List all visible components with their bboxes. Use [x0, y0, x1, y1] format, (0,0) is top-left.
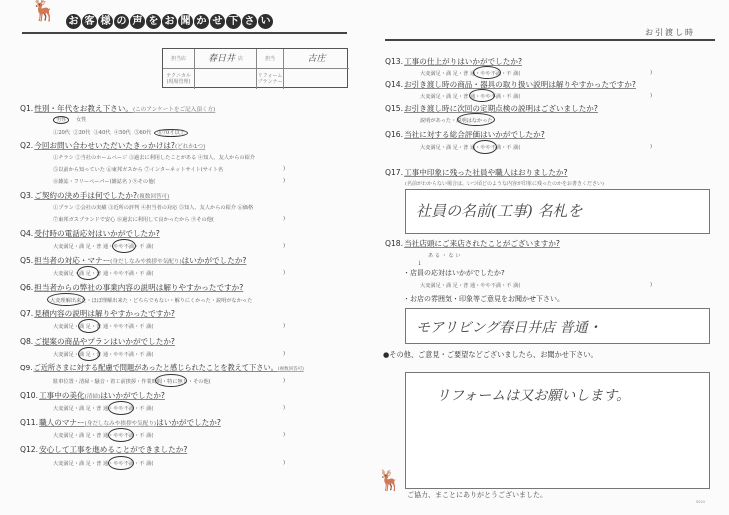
- question-number: Q8.: [20, 337, 33, 346]
- question-text: お引き渡し時に次回の定期点検の説明はございましたか?: [404, 104, 598, 113]
- q2-options-line3[interactable]: ⑧雑誌・フリーペーパー(雑誌名 ) ⑨その他(): [53, 178, 303, 185]
- question-q16: Q16.当社に対する総合評価はいかがでしたか?: [385, 129, 545, 140]
- question-text: 工事の仕上がりはいかがでしたか?: [404, 57, 522, 66]
- question-note: (複数回答可): [278, 367, 304, 372]
- question-number: Q10.: [20, 391, 38, 400]
- arrow-down-icon: ↓: [417, 260, 422, 267]
- answer-circle-mark: [78, 347, 100, 361]
- q18-answer-box[interactable]: モアリビング春日井店 普通・: [405, 308, 710, 344]
- question-number: Q18.: [385, 239, 403, 248]
- option-age-selected[interactable]: ⑥70才以上: [154, 129, 187, 137]
- answer-circle-mark: [108, 401, 134, 415]
- q18-staff-scale[interactable]: 大変満足・満 足・普 通・やや不満・不 満(): [420, 282, 670, 289]
- close-paren: ): [283, 243, 285, 249]
- staff-value[interactable]: 古庄: [284, 49, 349, 69]
- question-q13: Q13.工事の仕上がりはいかがでしたか?: [385, 56, 522, 67]
- question-q2: Q2.今回お問い合わせいただいたきっかけは?(どれか1つ): [20, 140, 205, 151]
- answer-circle-mark: [47, 293, 85, 306]
- answer-circle-mark: [457, 113, 495, 126]
- close-paren: ): [283, 178, 285, 184]
- question-note: (身だしなみや挨拶や気配り): [110, 259, 182, 265]
- other-comments-box[interactable]: リフォームは又お願いします。: [405, 372, 710, 489]
- question-q12: Q12.安心して工事を進めることができましたか?: [20, 444, 187, 455]
- close-paren: ): [650, 93, 652, 99]
- close-paren: ): [283, 460, 285, 466]
- question-text: 受付時の電話応対はいかがでしたか?: [34, 229, 160, 238]
- other-comments-label: ●その他、ご意見・ご要望などございましたら、お聞かせ下さい。: [383, 350, 598, 360]
- q3-options-line2[interactable]: ⑦東邦ガスブランドで安心 ⑧過去に利用して良かったから ⑨その他(): [53, 216, 303, 223]
- q4-scale[interactable]: 大変満足・満 足・普 通・やや不満・不 満(): [53, 243, 303, 250]
- question-note: (身だしなみや挨拶や気配り): [85, 421, 157, 427]
- close-paren: ): [283, 351, 285, 357]
- thank-you-message: ご協力、まことにありがとうございました。: [407, 490, 547, 500]
- question-text: 工事中印象に残った社員や職人はおりましたか?: [404, 168, 568, 177]
- question-note: (複数回答可): [137, 194, 169, 200]
- q10-scale[interactable]: 大変満足・満 足・普 通・やや不満・不 満(): [53, 405, 303, 412]
- technical-value[interactable]: [195, 69, 257, 89]
- other-comments-handwritten: リフォームは又お願いします。: [436, 385, 630, 405]
- right-page: お引渡し時 Q13.工事の仕上がりはいかがでしたか? 大変満足・満 足・普 通・…: [365, 0, 729, 515]
- title-char: 下: [226, 14, 241, 29]
- answer-circle-mark: [473, 140, 497, 154]
- close-paren: ): [283, 216, 285, 222]
- question-text: 職人のマナー: [39, 418, 85, 427]
- title-char: お: [162, 14, 177, 29]
- answer-circle-mark: [473, 66, 501, 79]
- question-number: Q4.: [20, 229, 33, 238]
- q1-age-options: ①20代 ②30代 ③40代 ④50代 ⑤60代 ⑥70才以上: [53, 129, 188, 136]
- scale-text: 大変満足・満 足・普 通・やや不満・不 満(: [53, 352, 153, 358]
- question-q4: Q4.受付時の電話応対はいかがでしたか?: [20, 228, 160, 239]
- planner-value[interactable]: [284, 69, 349, 89]
- close-paren: ): [283, 166, 285, 172]
- question-number: Q11.: [20, 418, 38, 427]
- question-text: 担当者からの弊社の事業内容の説明は解りやすかったですか?: [34, 283, 243, 292]
- scale-text: 大変満足・満 足・普 通・やや不満・不 満(: [53, 433, 153, 439]
- section-label: お引渡し時: [645, 27, 695, 38]
- question-text: はいかがでしたか?: [100, 391, 165, 400]
- q2-options-text: ⑤以前から知っていた ⑥東邦ガスから ⑦インターネットサイト(サイト名: [53, 167, 223, 173]
- q3-options-text: ⑦東邦ガスブランドで安心 ⑧過去に利用して良かったから ⑨その他(: [53, 217, 214, 223]
- title-char: か: [194, 14, 209, 29]
- answer-circle-mark: [155, 374, 187, 387]
- answer-circle-mark: [108, 428, 134, 442]
- scale-text: 大変満足・満 足・普 通・やや不満・不 満(: [53, 406, 153, 412]
- question-q10: Q10.工事中の美化(清掃)はいかがでしたか?: [20, 390, 165, 401]
- question-text: 安心して工事を進めることができましたか?: [39, 445, 187, 454]
- question-text: 担当者の対応・マナー: [34, 256, 110, 265]
- answer-circle-mark: [77, 266, 99, 280]
- question-text: 今回お問い合わせいただいたきっかけは?: [34, 141, 175, 150]
- q18-sub-question-staff: ・店員の応対はいかがでしたか?: [403, 268, 505, 278]
- scale-text: 大変満足・満 足・普 通・やや不満・不 満(: [53, 244, 153, 250]
- close-paren: ): [650, 70, 652, 76]
- deer-logo-icon: 🦌: [30, 0, 57, 23]
- question-note: (どれか1つ): [175, 144, 205, 150]
- title-char: お: [66, 14, 81, 29]
- title-char: 聞: [178, 14, 193, 29]
- question-number: Q3.: [20, 191, 33, 200]
- question-number: Q7.: [20, 309, 33, 318]
- q3-options-line1[interactable]: ①プラン ②会社の実績 ③近所の評判 ④担当者の対応 ⑤知人、友人からの紹介 ⑥…: [53, 204, 253, 211]
- title-char: を: [146, 14, 161, 29]
- scale-text: 大変満足・満 足・普 通・やや不満・不 満(: [53, 271, 153, 277]
- title-char: さ: [242, 14, 257, 29]
- option-male-selected[interactable]: 男性: [53, 116, 69, 124]
- store-value[interactable]: 春日井 店: [195, 49, 257, 69]
- scale-text: 大変満足・満 足・普 通・やや不満・不 満(: [53, 461, 153, 467]
- store-value-text: 春日井: [208, 56, 235, 62]
- title-char: 様: [98, 14, 113, 29]
- close-paren: ): [283, 378, 285, 384]
- q11-scale[interactable]: 大変満足・満 足・普 通・やや不満・不 満(): [53, 432, 303, 439]
- technical-label: テクニカル (現場管理): [163, 69, 195, 89]
- q13-scale[interactable]: 大変満足・満 足・普 通・やや不満・不 満(): [420, 70, 670, 77]
- title-char: せ: [210, 14, 225, 29]
- q17-instructions: (名前がわからない場合は、いつ頃どのような内容が印象に残ったのかをお書きください…: [405, 180, 604, 187]
- question-q5: Q5.担当者の対応・マナー(身だしなみや挨拶や気配り)はいかがでしたか?: [20, 255, 246, 266]
- close-paren: ): [283, 270, 285, 276]
- q17-handwritten-answer: 社員の名前(工事) 名札を: [416, 200, 582, 221]
- question-q1: Q1.性別・年代をお教え下さい。(このアンケートをご記入頂く方): [20, 103, 215, 114]
- scale-text: 大変満足・満 足・普 通・やや不満・不 満(: [420, 71, 520, 77]
- option-age[interactable]: ⑤60代: [134, 130, 151, 136]
- close-paren: ): [283, 405, 285, 411]
- q14-scale[interactable]: 大変満足・満 足・普 通・やや不満・不 満(): [420, 93, 670, 100]
- close-paren: ): [650, 282, 652, 288]
- staff-label: 担当: [257, 49, 284, 69]
- answer-circle-mark: [469, 89, 495, 102]
- question-q11: Q11.職人のマナー(身だしなみや挨拶や気配り)はいかがでしたか?: [20, 417, 221, 428]
- question-text: 当社に対する総合評価はいかがでしたか?: [404, 130, 545, 139]
- question-number: Q9.: [20, 363, 33, 372]
- q2-options-line2[interactable]: ⑤以前から知っていた ⑥東邦ガスから ⑦インターネットサイト(サイト名): [53, 166, 303, 173]
- header-rule: [22, 32, 347, 34]
- question-text: 当社店頭にご来店されたことがございますか?: [404, 239, 560, 248]
- left-page: 🦌 お 客 様 の 声 を お 聞 か せ 下 さ い 担当店 春日井 店 担当…: [0, 0, 364, 515]
- question-note: (このアンケートをご記入頂く方): [133, 107, 215, 113]
- question-number: Q12.: [20, 445, 38, 454]
- question-text: 見積内容の説明は解りやすかったですか?: [34, 309, 175, 318]
- question-number: Q2.: [20, 141, 33, 150]
- section-rule: [385, 39, 715, 41]
- option-age[interactable]: ③40代: [94, 130, 111, 136]
- question-q15: Q15.お引き渡し時に次回の定期点検の説明はございましたか?: [385, 103, 598, 114]
- option-age[interactable]: ①20代: [53, 130, 70, 136]
- question-text: はいかがでしたか?: [182, 256, 247, 265]
- question-text: ご近所さまに対する配慮で問題があったと感じられたことを教えて下さい。: [34, 363, 278, 372]
- close-paren: ): [283, 432, 285, 438]
- question-q9: Q9.ご近所さまに対する配慮で問題があったと感じられたことを教えて下さい。(複数…: [20, 363, 304, 373]
- scale-text: 大変満足・満 足・普 通・やや不満・不 満(: [420, 145, 520, 151]
- answer-circle-mark: [112, 239, 136, 253]
- form-code: 5024: [696, 500, 705, 504]
- question-number: Q13.: [385, 57, 403, 66]
- question-text: はいかがでしたか?: [156, 418, 221, 427]
- question-text: お引き渡し時の商品・器具の取り扱い説明は解りやすかったですか?: [404, 80, 636, 89]
- question-note: (清掃): [85, 394, 101, 400]
- title-char: い: [258, 14, 273, 29]
- q2-options-line1[interactable]: ①チラシ ②当社のホームページ ③過去に利用したことがある ④知人、友人からの紹…: [53, 154, 255, 161]
- question-text: 工事中の美化: [39, 391, 85, 400]
- close-paren: ): [650, 144, 652, 150]
- close-paren: ): [283, 323, 285, 329]
- question-number: Q16.: [385, 130, 403, 139]
- deer-mascot-icon: 🦌: [377, 468, 402, 492]
- question-text: ご契約の決め手は何でしたか?: [34, 191, 137, 200]
- scale-text: 大変満足・満 足・普 通・やや不満・不 満(: [420, 283, 520, 289]
- q2-options-text: ⑧雑誌・フリーペーパー(雑誌名 ) ⑨その他(: [53, 179, 155, 185]
- option-age[interactable]: ④50代: [114, 130, 131, 136]
- question-number: Q1.: [20, 104, 33, 113]
- title-char: の: [114, 14, 129, 29]
- title-char: 声: [130, 14, 145, 29]
- q12-scale[interactable]: 大変満足・満 足・普 通・やや不満・不 満(): [53, 460, 303, 467]
- store-suffix: 店: [238, 56, 243, 62]
- q18-options[interactable]: あ る ・ な い: [428, 252, 461, 259]
- answer-circle-mark: [78, 319, 100, 333]
- question-number: Q15.: [385, 104, 403, 113]
- question-text: 性別・年代をお教え下さい。: [34, 104, 133, 113]
- question-number: Q5.: [20, 256, 33, 265]
- q18-sub-question-atmosphere: ・お店の雰囲気・印象等ご意見をお聞かせ下さい。: [403, 294, 564, 304]
- question-number: Q14.: [385, 80, 403, 89]
- page-title: お 客 様 の 声 を お 聞 か せ 下 さ い: [66, 14, 273, 29]
- question-q3: Q3.ご契約の決め手は何でしたか?(複数回答可): [20, 190, 169, 201]
- option-female[interactable]: 女性: [76, 117, 86, 123]
- answer-circle-mark: [108, 456, 134, 470]
- question-q8: Q8.ご提案の商品やプランはいかがでしたか?: [20, 336, 175, 347]
- question-number: Q17.: [385, 168, 403, 177]
- scale-text: 大変満足・満 足・普 通・やや不満・不 満(: [53, 324, 153, 330]
- staff-table: 担当店 春日井 店 担当 古庄 テクニカル (現場管理) リフォーム プランナー: [162, 48, 348, 88]
- question-q7: Q7.見積内容の説明は解りやすかったですか?: [20, 308, 175, 319]
- scale-text: 駐車位置・清掃・騒音・着工前挨拶・作業時間・特に無し・その他(: [53, 379, 211, 385]
- option-age[interactable]: ②30代: [73, 130, 90, 136]
- q1-gender-options: 男性 女性: [53, 116, 86, 123]
- q18-handwritten-answer: モアリビング春日井店 普通・: [416, 317, 602, 337]
- question-q18: Q18.当社店頭にご来店されたことがございますか?: [385, 238, 560, 249]
- question-text: ご提案の商品やプランはいかがでしたか?: [34, 337, 175, 346]
- q16-scale[interactable]: 大変満足・満 足・普 通・やや不満・不 満(): [420, 144, 670, 151]
- question-q17: Q17.工事中印象に残った社員や職人はおりましたか?: [385, 167, 568, 178]
- store-label: 担当店: [163, 49, 195, 69]
- question-number: Q6.: [20, 283, 33, 292]
- q17-answer-box[interactable]: 社員の名前(工事) 名札を: [405, 189, 710, 234]
- question-q6: Q6.担当者からの弊社の事業内容の説明は解りやすかったですか?: [20, 282, 243, 293]
- question-q14: Q14.お引き渡し時の商品・器具の取り扱い説明は解りやすかったですか?: [385, 79, 636, 90]
- planner-label: リフォーム プランナー: [257, 69, 284, 89]
- title-char: 客: [82, 14, 97, 29]
